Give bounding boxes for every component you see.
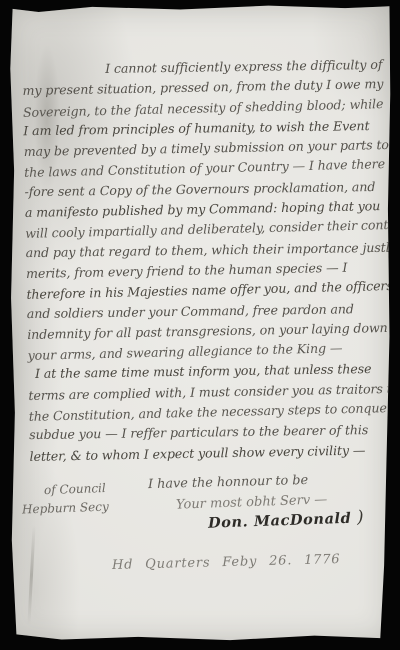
- signature-name: Don. MacDonald: [208, 510, 352, 532]
- letter-body: I cannot sufficiently express the diffic…: [22, 54, 392, 467]
- paper-crease: [27, 525, 35, 625]
- manuscript-photo: I cannot sufficiently express the diffic…: [0, 0, 400, 650]
- dateline: Hd Quarters Feby 26. 1776: [112, 552, 341, 573]
- closing-honour-line: I have the honnour to be: [148, 473, 308, 492]
- margin-note: of Council Hepburn Secy: [22, 480, 109, 518]
- margin-note-line2: Hepburn Secy: [22, 497, 109, 519]
- signature-flourish: ): [357, 507, 365, 527]
- paper-sheet: I cannot sufficiently express the diffic…: [8, 5, 391, 642]
- signature: Don. MacDonald ): [208, 507, 365, 532]
